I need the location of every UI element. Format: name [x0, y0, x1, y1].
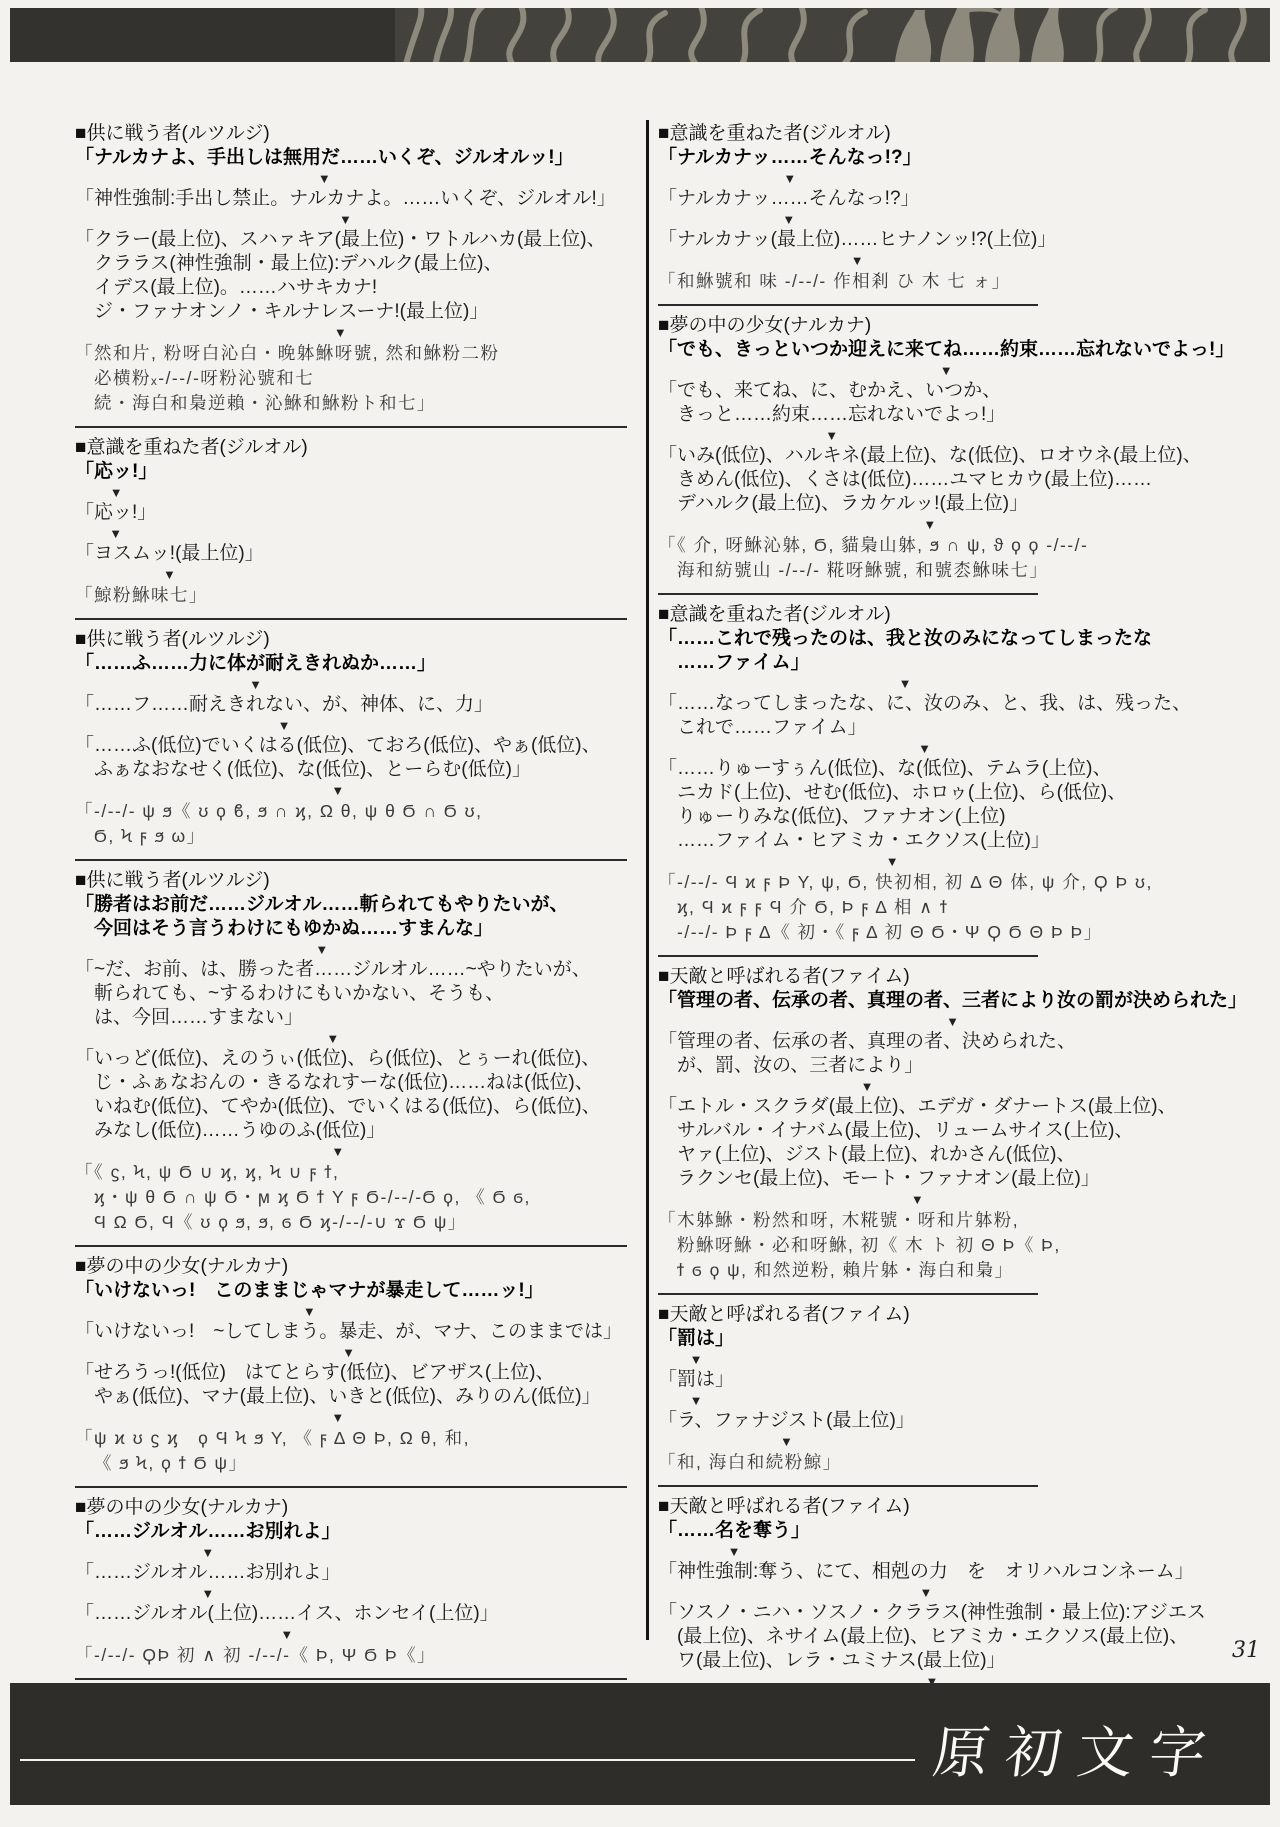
dialogue-block: ■意識を重ねた者(ジルオル)「……これで残ったのは、我と汝のみになってしまったな…	[658, 597, 1250, 959]
speaker-heading: ■供に戦う者(ルツルジ)	[75, 122, 645, 146]
quote-original: 「ナルカナッ……そんなっ!?」	[658, 146, 922, 170]
down-triangle-icon: ▼	[658, 516, 1202, 533]
quote-rune-text: 「木躰鮴・粉然和呀, 木糀號・呀和片躰粉, 粉鮴呀鮴・必和呀鮴, 初《 木 ト …	[658, 1208, 1061, 1283]
footer-band: 原初文字	[10, 1683, 1270, 1805]
down-triangle-icon: ▼	[658, 427, 1005, 444]
speaker-heading: ■意識を重ねた者(ジルオル)	[658, 122, 1250, 146]
quote-translation: 「ラ、ファナジスト(最上位)」	[658, 1409, 915, 1433]
dialogue-block: ■意識を重ねた者(ジルオル)「ナルカナッ……そんなっ!?」▼「ナルカナッ……そん…	[658, 116, 1250, 308]
speaker-heading: ■夢の中の少女(ナルカナ)	[658, 314, 1250, 338]
quote-translation: 「ヨスムッ!(最上位)」	[75, 542, 264, 566]
block-separator	[658, 955, 1038, 957]
quote-translation: 「応ッ!」	[75, 501, 156, 525]
quote-rune-text: 「和, 海白和続粉鯨」	[658, 1450, 842, 1475]
header-ornament-band	[10, 8, 1270, 62]
quote-rune-text: 「-/--/- ϘϷ 初 ∧ 初 -/--/-《 Ϸ, Ψ Ϭ Ϸ《」	[75, 1643, 436, 1668]
down-triangle-icon: ▼	[75, 1344, 622, 1361]
down-triangle-icon: ▼	[75, 525, 156, 542]
quote-translation: 「……ジルオル(上位)……イス、ホンセイ(上位)」	[75, 1602, 499, 1626]
block-separator	[75, 1678, 627, 1680]
quote-translation: 「いみ(低位)、ハルキネ(最上位)、な(低位)、ロオウネ(最上位)、 きめん(低…	[658, 444, 1202, 516]
dialogue-block: ■天敵と呼ばれる者(ファイム)「罰は」▼「罰は」▼「ラ、ファナジスト(最上位)」…	[658, 1297, 1250, 1489]
down-triangle-icon: ▼	[75, 676, 436, 693]
block-separator	[75, 426, 627, 428]
quote-original: 「……名を奪う」	[658, 1519, 810, 1543]
speaker-heading: ■供に戦う者(ルツルジ)	[75, 628, 645, 652]
down-triangle-icon: ▼	[75, 566, 264, 583]
quote-translation: 「……りゅーすぅん(低位)、な(低位)、テムラ(上位)、 ニカド(上位)、せむ(…	[658, 757, 1126, 853]
down-triangle-icon: ▼	[75, 1544, 341, 1561]
down-triangle-icon: ▼	[75, 1626, 499, 1643]
down-triangle-icon: ▼	[658, 362, 1234, 379]
quote-rune-text: 「《 ϛ, Ϟ, ψ Ϭ ∪ ϗ, ϗ, Ϟ ∪ ϝ ϯ, ϗ・ψ θ Ϭ ∩ …	[75, 1160, 531, 1235]
header-dragon-artwork	[395, 8, 1270, 62]
speaker-heading: ■天敵と呼ばれる者(ファイム)	[658, 1495, 1250, 1519]
block-separator	[658, 593, 1038, 595]
dialogue-block: ■天敵と呼ばれる者(ファイム)「管理の者、伝承の者、真理の者、三者により汝の罰が…	[658, 959, 1250, 1297]
quote-original: 「罰は」	[658, 1327, 734, 1351]
quote-original: 「……これで残ったのは、我と汝のみになってしまったな ……ファイム」	[658, 627, 1152, 675]
down-triangle-icon: ▼	[658, 740, 1191, 757]
left-column: ■供に戦う者(ルツルジ)「ナルカナよ、手出しは無用だ……いくぞ、ジルオルッ!」▼…	[75, 116, 645, 1682]
quote-translation: 「神性強制:手出し禁止。ナルカナよ。……いくぞ、ジルオル!」	[75, 187, 616, 211]
down-triangle-icon: ▼	[658, 211, 920, 228]
speaker-heading: ■夢の中の少女(ナルカナ)	[75, 1496, 645, 1520]
quote-translation: 「でも、来てね、に、むかえ、いつか、 きっと……約束……忘れないでよっ!」	[658, 379, 1005, 427]
quote-translation: 「……ふ(低位)でいくはる(低位)、ておろ(低位)、やぁ(低位)、 ふぁなおなせ…	[75, 734, 601, 782]
quote-original: 「いけないっ! このままじゃマナが暴走して……ッ!」	[75, 1279, 544, 1303]
quote-rune-text: 「然和片, 粉呀白沁白・晚躰鮴呀號, 然和鮴粉二粉 必横粉ₓ-/--/-呀粉沁號…	[75, 341, 499, 416]
quote-rune-text: 「-/--/- Ϥ ϰ ϝ Ϸ Υ, ψ, Ϭ, 快初相, 初 Δ Θ 体, ψ…	[658, 870, 1153, 945]
quote-rune-text: 「-/--/- ψ ϧ《 ʊ ϙ ϐ, ϧ ∩ ϗ, Ω θ, ψ θ Ϭ ∩ …	[75, 799, 482, 849]
down-triangle-icon: ▼	[658, 170, 922, 187]
dialogue-block: ■天敵と呼ばれる者(ファイム)「……名を奪う」▼「神性強制:奪う、にて、相剋の力…	[658, 1489, 1250, 1692]
down-triangle-icon: ▼	[658, 1433, 915, 1450]
quote-translation: 「ナルカナッ(最上位)……ヒナノンッ!?(上位)」	[658, 228, 1056, 252]
quote-translation: 「ナルカナッ……そんなっ!?」	[658, 187, 920, 211]
speaker-heading: ■天敵と呼ばれる者(ファイム)	[658, 965, 1250, 989]
speaker-heading: ■供に戦う者(ルツルジ)	[75, 869, 645, 893]
down-triangle-icon: ▼	[658, 1351, 734, 1368]
quote-translation: 「……なってしまったな、に、汝のみ、と、我、は、残った、 これで……ファイム」	[658, 692, 1191, 740]
down-triangle-icon: ▼	[75, 941, 569, 958]
down-triangle-icon: ▼	[658, 853, 1126, 870]
speaker-heading: ■意識を重ねた者(ジルオル)	[75, 436, 645, 460]
down-triangle-icon: ▼	[75, 1409, 601, 1426]
block-separator	[75, 1245, 627, 1247]
block-separator	[75, 859, 627, 861]
footer-rule	[20, 1759, 915, 1761]
quote-translation: 「罰は」	[658, 1368, 734, 1392]
block-separator	[75, 1486, 627, 1488]
quote-translation: 「管理の者、伝承の者、真理の者、決められた、 が、罰、汝の、三者により」	[658, 1030, 1076, 1078]
dialogue-block: ■供に戦う者(ルツルジ)「……ふ……力に体が耐えきれぬか……」▼「……フ……耐え…	[75, 622, 645, 863]
quote-translation: 「神性強制:奪う、にて、相剋の力 を オリハルコンネーム」	[658, 1560, 1194, 1584]
down-triangle-icon: ▼	[75, 1030, 591, 1047]
quote-original: 「でも、きっといつか迎えに来てね……約束……忘れないでよっ!」	[658, 338, 1234, 362]
quote-translation: 「……フ……耐えきれない、が、神体、に、力」	[75, 693, 493, 717]
down-triangle-icon: ▼	[658, 1013, 1247, 1030]
quote-rune-text: 「和鮴號和 味 -/--/- 作相剎 ひ 木 七 ォ」	[658, 269, 1011, 294]
block-separator	[658, 304, 1038, 306]
quote-original: 「……ジルオル……お別れよ」	[75, 1520, 341, 1544]
quote-original: 「応ッ!」	[75, 460, 157, 484]
speaker-heading: ■夢の中の少女(ナルカナ)	[75, 1255, 645, 1279]
quote-translation: 「……ジルオル……お別れよ」	[75, 1561, 341, 1585]
dialogue-block: ■夢の中の少女(ナルカナ)「でも、きっといつか迎えに来てね……約束……忘れないで…	[658, 308, 1250, 597]
right-column: ■意識を重ねた者(ジルオル)「ナルカナッ……そんなっ!?」▼「ナルカナッ……そん…	[658, 116, 1250, 1692]
block-separator	[658, 1293, 1038, 1295]
quote-translation: 「ソスノ・ニハ・ソスノ・クララス(神性強制・最上位):アジエス (最上位)、ネサ…	[658, 1601, 1206, 1673]
down-triangle-icon: ▼	[658, 1392, 734, 1409]
quote-rune-text: 「ψ ϰ ʊ ϛ ϗ ϙ Ϥ Ϟ ϧ Υ, 《 ϝ Δ Θ Ϸ, Ω θ, 和,…	[75, 1426, 470, 1476]
down-triangle-icon: ▼	[658, 1078, 1076, 1095]
block-separator	[658, 1485, 1038, 1487]
quote-rune-text: 「《 介, 呀鮴沁躰, Ϭ, 貓梟山躰, ϧ ∩ ψ, ϑ ϙ ϙ -/--/-…	[658, 533, 1088, 583]
quote-translation: 「せろうっ!(低位) はてとらす(低位)、ビアザス(上位)、 やぁ(低位)、マナ…	[75, 1361, 601, 1409]
down-triangle-icon: ▼	[658, 1191, 1177, 1208]
down-triangle-icon: ▼	[75, 717, 493, 734]
header-band-plain-section	[10, 8, 395, 62]
dialogue-block: ■意識を重ねた者(ジルオル)「応ッ!」▼「応ッ!」▼「ヨスムッ!(最上位)」▼「…	[75, 430, 645, 622]
speaker-heading: ■天敵と呼ばれる者(ファイム)	[658, 1303, 1250, 1327]
quote-original: 「ナルカナよ、手出しは無用だ……いくぞ、ジルオルッ!」	[75, 146, 574, 170]
quote-rune-text: 「鯨粉鮴味七」	[75, 583, 208, 608]
speaker-heading: ■意識を重ねた者(ジルオル)	[658, 603, 1250, 627]
down-triangle-icon: ▼	[658, 675, 1152, 692]
down-triangle-icon: ▼	[75, 1143, 601, 1160]
footer-title: 原初文字	[929, 1709, 1227, 1789]
dialogue-block: ■供に戦う者(ルツルジ)「ナルカナよ、手出しは無用だ……いくぞ、ジルオルッ!」▼…	[75, 116, 645, 430]
quote-original: 「……ふ……力に体が耐えきれぬか……」	[75, 652, 436, 676]
down-triangle-icon: ▼	[75, 1303, 544, 1320]
down-triangle-icon: ▼	[658, 252, 1056, 269]
dialogue-block: ■供に戦う者(ルツルジ)「勝者はお前だ……ジルオル……斬られてもやりたいが、 今…	[75, 863, 645, 1249]
column-divider	[646, 120, 649, 1640]
quote-translation: 「いっど(低位)、えのうぃ(低位)、ら(低位)、とぅーれ(低位)、 じ・ふぁなお…	[75, 1047, 601, 1143]
block-separator	[75, 618, 627, 620]
down-triangle-icon: ▼	[75, 1585, 341, 1602]
down-triangle-icon: ▼	[75, 484, 157, 501]
quote-translation: 「いけないっ! ~してしまう。暴走、が、マナ、このままでは」	[75, 1320, 622, 1344]
down-triangle-icon: ▼	[658, 1584, 1194, 1601]
down-triangle-icon: ▼	[75, 782, 601, 799]
quote-translation: 「~だ、お前、は、勝った者……ジルオル……~やりたいが、 斬られても、~するわけ…	[75, 958, 591, 1030]
down-triangle-icon: ▼	[75, 170, 574, 187]
dialogue-block: ■夢の中の少女(ナルカナ)「……ジルオル……お別れよ」▼「……ジルオル……お別れ…	[75, 1490, 645, 1682]
quote-original: 「勝者はお前だ……ジルオル……斬られてもやりたいが、 今回はそう言うわけにもゆか…	[75, 893, 569, 941]
quote-translation: 「クラー(最上位)、スハァキア(最上位)・ワトルハカ(最上位)、 クララス(神性…	[75, 228, 606, 324]
down-triangle-icon: ▼	[658, 1543, 810, 1560]
dialogue-block: ■夢の中の少女(ナルカナ)「いけないっ! このままじゃマナが暴走して……ッ!」▼…	[75, 1249, 645, 1490]
quote-translation: 「エトル・スクラダ(最上位)、エデガ・ダナートス(最上位)、 サルバル・イナバム…	[658, 1095, 1177, 1191]
page-number: 31	[1232, 1638, 1260, 1663]
down-triangle-icon: ▼	[75, 324, 606, 341]
down-triangle-icon: ▼	[75, 211, 616, 228]
quote-original: 「管理の者、伝承の者、真理の者、三者により汝の罰が決められた」	[658, 989, 1247, 1013]
